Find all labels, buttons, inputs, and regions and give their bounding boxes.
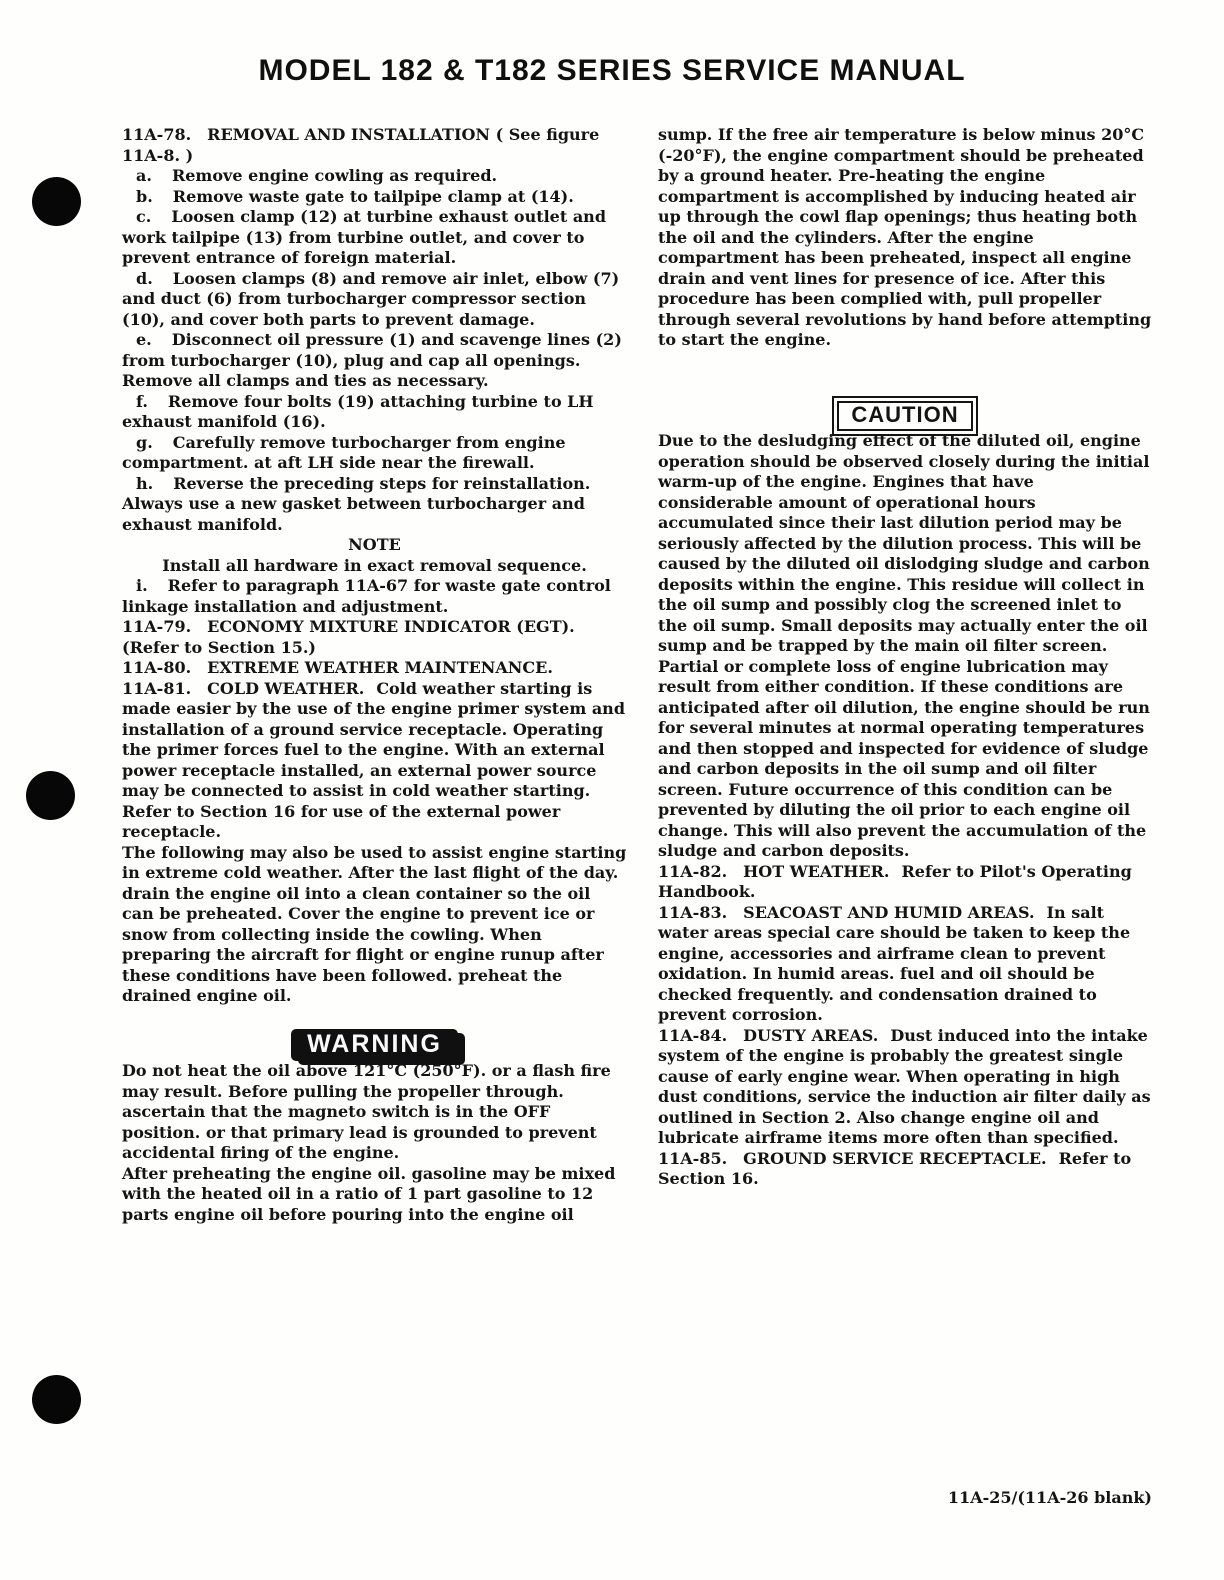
step-item-h: h.Reverse the preceding steps for reinst… [122, 474, 627, 536]
section-11a-83: 11A-83.SEACOAST AND HUMID AREAS.In salt … [658, 903, 1152, 1026]
paragraph-number: 11A-81. [122, 679, 191, 698]
body-paragraph-after-warning: After preheating the engine oil. gasolin… [122, 1164, 627, 1226]
section-11a-82: 11A-82.HOT WEATHER.Refer to Pilot's Oper… [658, 862, 1152, 903]
step-text: Disconnect oil pressure (1) and scavenge… [122, 330, 622, 390]
section-title: COLD WEATHER. [207, 679, 364, 698]
section-title: DUSTY AREAS. [743, 1026, 878, 1045]
page-number-footer: 11A-25/(11A-26 blank) [658, 1488, 1152, 1508]
warning-box: WARNING [291, 1029, 458, 1062]
step-label: b. [136, 187, 153, 206]
step-text: Remove four bolts (19) attaching turbine… [122, 392, 594, 432]
step-text: Refer to paragraph 11A-67 for waste gate… [122, 576, 611, 616]
section-title: SEACOAST AND HUMID AREAS. [743, 903, 1034, 922]
section-text: Refer to Pilot's Operating Handbook. [658, 862, 1132, 902]
paragraph-number: 11A-78. [122, 125, 191, 144]
step-label: f. [136, 392, 148, 411]
paragraph-number: 11A-80. [122, 658, 191, 677]
binder-hole-dot [26, 771, 75, 820]
step-label: c. [136, 207, 151, 226]
step-text: Remove engine cowling as required. [172, 166, 497, 185]
step-item-g: g.Carefully remove turbocharger from eng… [122, 433, 627, 474]
section-text: Dust induced into the intake system of t… [658, 1026, 1151, 1148]
step-label: i. [136, 576, 148, 595]
step-item-e: e.Disconnect oil pressure (1) and scaven… [122, 330, 627, 392]
paragraph-number: 11A-82. [658, 862, 727, 881]
paragraph-number: 11A-79. [122, 617, 191, 636]
step-item-f: f.Remove four bolts (19) attaching turbi… [122, 392, 627, 433]
step-label: h. [136, 474, 153, 493]
step-text: Loosen clamps (8) and remove air inlet, … [122, 269, 619, 329]
section-title: HOT WEATHER. [743, 862, 889, 881]
paragraph-number: 11A-84. [658, 1026, 727, 1045]
section-heading-11a-78: 11A-78.REMOVAL AND INSTALLATION ( See fi… [122, 125, 627, 166]
paragraph-number: 11A-83. [658, 903, 727, 922]
section-title: EXTREME WEATHER MAINTENANCE. [207, 658, 553, 677]
step-label: g. [136, 433, 153, 452]
paragraph-number: 11A-85. [658, 1149, 727, 1168]
caution-box: CAUTION [837, 401, 972, 432]
body-paragraph-sump-continuation: sump. If the free air temperature is bel… [658, 125, 1152, 351]
caution-box-row: CAUTION [658, 401, 1152, 432]
page-title: MODEL 182 & T182 SERIES SERVICE MANUAL [0, 54, 1224, 88]
section-11a-84: 11A-84.DUSTY AREAS.Dust induced into the… [658, 1026, 1152, 1149]
step-text: Remove waste gate to tailpipe clamp at (… [173, 187, 574, 206]
left-column: 11A-78.REMOVAL AND INSTALLATION ( See fi… [122, 125, 627, 1225]
section-text: Cold weather starting is made easier by … [122, 679, 625, 842]
section-heading-11a-79: 11A-79.ECONOMY MIXTURE INDICATOR (EGT). … [122, 617, 627, 658]
step-label: e. [136, 330, 152, 349]
warning-label: WARNING [307, 1030, 442, 1058]
step-item-i: i.Refer to paragraph 11A-67 for waste ga… [122, 576, 627, 617]
binder-hole-dot [32, 1375, 81, 1424]
body-paragraph-cold-start: The following may also be used to assist… [122, 843, 627, 1007]
step-item-a: a.Remove engine cowling as required. [122, 166, 627, 187]
caution-text: Due to the desludging effect of the dilu… [658, 431, 1152, 862]
caution-label: CAUTION [851, 402, 958, 427]
step-text: Loosen clamp (12) at turbine exhaust out… [122, 207, 606, 267]
note-text: Install all hardware in exact removal se… [122, 556, 627, 577]
step-text: Carefully remove turbocharger from engin… [122, 433, 566, 473]
step-item-b: b.Remove waste gate to tailpipe clamp at… [122, 187, 627, 208]
section-title: REMOVAL AND INSTALLATION ( See figure 11… [122, 125, 599, 165]
section-heading-11a-80: 11A-80.EXTREME WEATHER MAINTENANCE. [122, 658, 627, 679]
binder-hole-dot [32, 177, 81, 226]
step-item-d: d.Loosen clamps (8) and remove air inlet… [122, 269, 627, 331]
right-column: sump. If the free air temperature is bel… [658, 125, 1152, 1190]
section-11a-85: 11A-85.GROUND SERVICE RECEPTACLE.Refer t… [658, 1149, 1152, 1190]
step-label: a. [136, 166, 152, 185]
step-text: Reverse the preceding steps for reinstal… [122, 474, 590, 534]
section-11a-81: 11A-81.COLD WEATHER.Cold weather startin… [122, 679, 627, 843]
manual-page: MODEL 182 & T182 SERIES SERVICE MANUAL 1… [0, 0, 1224, 1580]
step-label: d. [136, 269, 153, 288]
section-title: GROUND SERVICE RECEPTACLE. [743, 1149, 1046, 1168]
warning-box-row: WARNING [122, 1029, 627, 1062]
note-heading: NOTE [122, 535, 627, 556]
step-item-c: c.Loosen clamp (12) at turbine exhaust o… [122, 207, 627, 269]
warning-text: Do not heat the oil above 121°C (250°F).… [122, 1061, 627, 1164]
